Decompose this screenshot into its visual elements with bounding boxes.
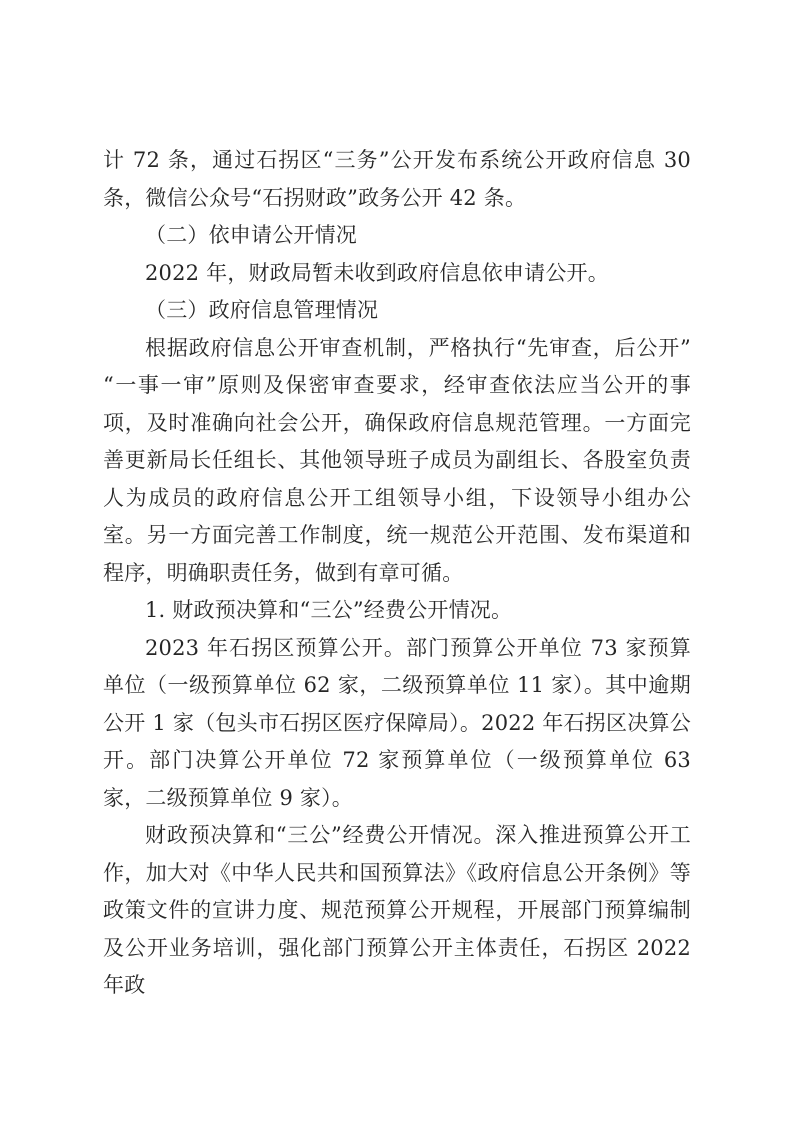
paragraph-request-disclosure: 2022 年，财政局暂未收到政府信息依申请公开。 xyxy=(103,255,691,293)
document-page: 计 72 条，通过石拐区“三务”公开发布系统公开政府信息 30 条，微信公众号“… xyxy=(103,142,691,1005)
paragraph-info-management: 根据政府信息公开审查机制，严格执行“先审查，后公开”“一事一审”原则及保密审查要… xyxy=(103,330,691,593)
heading-section-2: （二）依申请公开情况 xyxy=(103,217,691,255)
paragraph-budget-training: 财政预决算和“三公”经费公开情况。深入推进预算公开工作，加大对《中华人民共和国预… xyxy=(103,817,691,1005)
heading-section-3: （三）政府信息管理情况 xyxy=(103,292,691,330)
paragraph-budget-disclosure: 2023 年石拐区预算公开。部门预算公开单位 73 家预算单位（一级预算单位 6… xyxy=(103,630,691,818)
paragraph-continuation: 计 72 条，通过石拐区“三务”公开发布系统公开政府信息 30 条，微信公众号“… xyxy=(103,142,691,217)
heading-item-1: 1. 财政预决算和“三公”经费公开情况。 xyxy=(103,592,691,630)
